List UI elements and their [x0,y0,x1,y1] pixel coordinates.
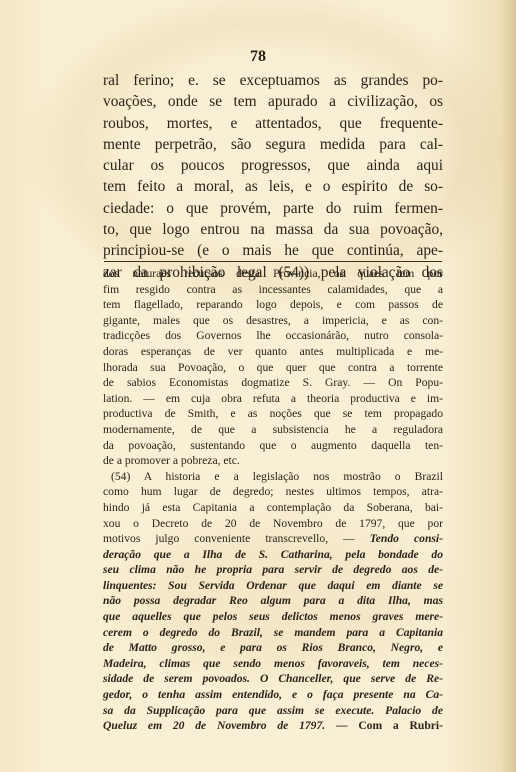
decree-quote-line: Madeira, climas que sendo menos favorave… [103,656,443,672]
footnote-line: doras esperanças de ver quanto antes mul… [103,344,443,360]
footnote-line: lhorada sua Povoação, o que quer que con… [103,360,443,376]
decree-quote-line: linquentes: Sou Servida Ordenar que daqu… [103,578,443,594]
decree-quote-line: sidade de serem povoados. O Chanceller, … [103,671,443,687]
decree-quote-line: de Matto grosso, e para os Rios Branco, … [103,640,443,656]
footnote-line: da povoação, sustentando que o augmento … [103,438,443,454]
footnote-line: hindo já esta Capitania a contemplação d… [103,500,443,516]
body-line: ciedade: o que provém, parte do ruim fer… [103,198,443,219]
footnote-54-body: como hum lugar de degredo; nestes ultimo… [103,484,443,734]
footnote-marker: (54) [111,470,130,483]
footnote-line: gigante, males que os desastres, a imper… [103,313,443,329]
footnote-line: modernamente, de que a subsistencia he a… [103,422,443,438]
footnote-line: (54) A historia e a legislação nos mostr… [103,469,443,485]
decree-quote-line: deração que a Ilha de S. Catharina, pela… [103,547,443,563]
footnote-line: dos naturaes recursos desta Provincia, o… [103,266,443,282]
footnote-line: tem flagellado, reparando logo depois, e… [103,297,443,313]
body-line: tem feito a moral, as leis, e o espirito… [103,176,443,197]
decree-quote-line: que aquelles que pelos seus delictos men… [103,609,443,625]
footnote-line: de sabios Economistas dogmatize S. Gray.… [103,375,443,391]
decree-quote-line: cerem o degredo do Brazil, se mandem par… [103,625,443,641]
body-line: cular os poucos progressos, que ainda aq… [103,155,443,176]
footnote-text: A historia e a legislação nos mostrão o … [130,470,443,483]
decree-date: Queluz em 20 de Novembro de 1797. [103,719,325,732]
footnote-line: fim resgido contra as incessantes calami… [103,282,443,298]
decree-quote-line: sa da Supplicação para que assim se exec… [103,703,443,719]
footnote-54: (54) A historia e a legislação nos mostr… [103,469,443,485]
footnote-text: motivos julgo conveniente transcrevello,… [103,532,370,545]
footnote-continuation: dos naturaes recursos desta Provincia, o… [103,266,443,469]
decree-quote-line: não possa degradar Reo algum para a dita… [103,593,443,609]
main-body-text: ral ferino; e. se exceptuamos as grandes… [103,70,443,283]
decree-quote-line: gedor, o tenha assim entendido, e o faça… [103,687,443,703]
body-line: mente perpetrão, são segura medida para … [103,134,443,155]
footnote-line: como hum lugar de degredo; nestes ultimo… [103,484,443,500]
scanned-book-page: 78 ral ferino; e. se exceptuamos as gran… [0,0,516,772]
footnotes: dos naturaes recursos desta Provincia, o… [103,266,443,734]
decree-quote-line: seu clima não he propria para servir de … [103,562,443,578]
body-line: to, que logo entrou na massa da sua povo… [103,219,443,240]
decree-place: Palacio de [385,704,443,717]
decree-quote-start: Tendo consi- [370,532,443,545]
footnote-separator-rule [104,261,442,262]
footnote-line: productiva de Smith, e as noções que se … [103,406,443,422]
body-line: voações, onde se tem apurado a civilizaç… [103,91,443,112]
body-line: ral ferino; e. se exceptuamos as grandes… [103,70,443,91]
footnote-text: — Com a Rubri- [325,719,443,732]
footnote-line: tradicções dos Governos lhe occasionárão… [103,328,443,344]
body-line: principiou-se (e o mais he que continúa,… [103,240,443,261]
footnote-line: lation. — em cuja obra refuta a theoria … [103,391,443,407]
footnote-line: de a promover a pobreza, etc. [103,453,443,469]
body-line: roubos, mortes, e attentados, que freque… [103,113,443,134]
decree-quote-text: sa da Supplicação para que assim se exec… [103,704,385,717]
footnote-line: xou o Decreto de 20 de Novembro de 1797,… [103,516,443,532]
footnote-line: motivos julgo conveniente transcrevello,… [103,531,443,547]
decree-quote-line: Queluz em 20 de Novembro de 1797. — Com … [103,718,443,734]
page-number: 78 [0,48,516,66]
